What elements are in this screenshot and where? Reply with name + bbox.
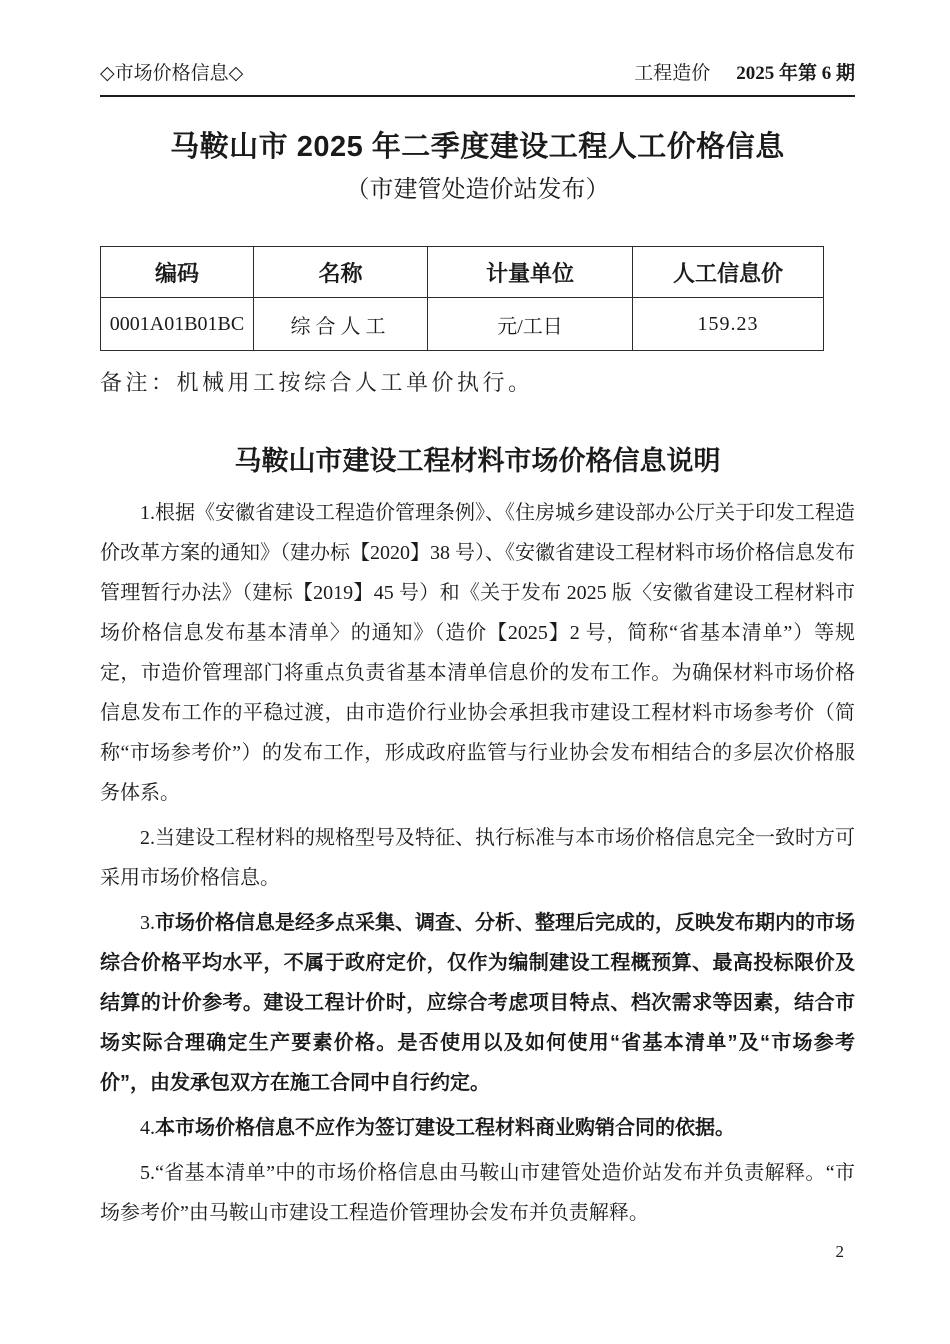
paragraph-text: 本市场价格信息不应作为签订建设工程材料商业购销合同的依据。: [155, 1117, 735, 1139]
paragraph-number: 5.: [140, 1162, 155, 1184]
labor-price-subtitle: （市建管处造价站发布）: [100, 175, 855, 205]
paragraph-text: 根据《安徽省建设工程造价管理条例》、《住房城乡建设部办公厅关于印发工程造价改革方…: [100, 502, 855, 804]
paragraph-number: 3.: [140, 912, 155, 934]
labor-price-title: 马鞍山市 2025 年二季度建设工程人工价格信息: [100, 130, 855, 164]
running-head-right: 工程造价 2025 年第 6 期: [634, 62, 855, 86]
paragraph-number: 4.: [140, 1117, 155, 1139]
document-page: ◇市场价格信息◇ 工程造价 2025 年第 6 期 马鞍山市 2025 年二季度…: [0, 0, 950, 1344]
paragraph-text: “省基本清单”中的市场价格信息由马鞍山市建管处造价站发布并负责解释。“市场参考价…: [100, 1162, 855, 1224]
paragraph-5: 5.“省基本清单”中的市场价格信息由马鞍山市建管处造价站发布并负责解释。“市场参…: [100, 1153, 855, 1233]
paragraph-4: 4.本市场价格信息不应作为签订建设工程材料商业购销合同的依据。: [100, 1108, 855, 1148]
running-head-left: ◇市场价格信息◇: [100, 62, 243, 86]
column-header-code: 编码: [101, 247, 254, 298]
material-info-title: 马鞍山市建设工程材料市场价格信息说明: [100, 445, 855, 477]
paragraph-text: 市场价格信息是经多点采集、调查、分析、整理后完成的，反映发布期内的市场综合价格平…: [100, 912, 855, 1094]
running-head: ◇市场价格信息◇ 工程造价 2025 年第 6 期: [100, 0, 855, 97]
paragraph-3: 3.市场价格信息是经多点采集、调查、分析、整理后完成的，反映发布期内的市场综合价…: [100, 903, 855, 1103]
table-header-row: 编码 名称 计量单位 人工信息价: [101, 247, 824, 298]
cell-name: 综合人工: [254, 298, 428, 351]
paragraph-number: 1.: [140, 502, 155, 524]
cell-price: 159.23: [633, 298, 824, 351]
journal-name: 工程造价: [634, 62, 710, 86]
paragraph-text: 当建设工程材料的规格型号及特征、执行标准与本市场价格信息完全一致时方可采用市场价…: [100, 827, 855, 889]
table-row: 0001A01B01BC 综合人工 元/工日 159.23: [101, 298, 824, 351]
column-header-price: 人工信息价: [633, 247, 824, 298]
material-info-body: 1.根据《安徽省建设工程造价管理条例》、《住房城乡建设部办公厅关于印发工程造价改…: [100, 493, 855, 1233]
column-header-unit: 计量单位: [428, 247, 633, 298]
paragraph-1: 1.根据《安徽省建设工程造价管理条例》、《住房城乡建设部办公厅关于印发工程造价改…: [100, 493, 855, 813]
labor-price-table: 编码 名称 计量单位 人工信息价 0001A01B01BC 综合人工 元/工日 …: [100, 246, 824, 351]
paragraph-number: 2.: [140, 827, 155, 849]
journal-issue: 2025 年第 6 期: [736, 62, 855, 86]
cell-code: 0001A01B01BC: [101, 298, 254, 351]
column-header-name: 名称: [254, 247, 428, 298]
table-note: 备注：机械用工按综合人工单价执行。: [100, 368, 855, 398]
paragraph-2: 2.当建设工程材料的规格型号及特征、执行标准与本市场价格信息完全一致时方可采用市…: [100, 818, 855, 898]
page-number: 2: [836, 1242, 845, 1262]
cell-unit: 元/工日: [428, 298, 633, 351]
